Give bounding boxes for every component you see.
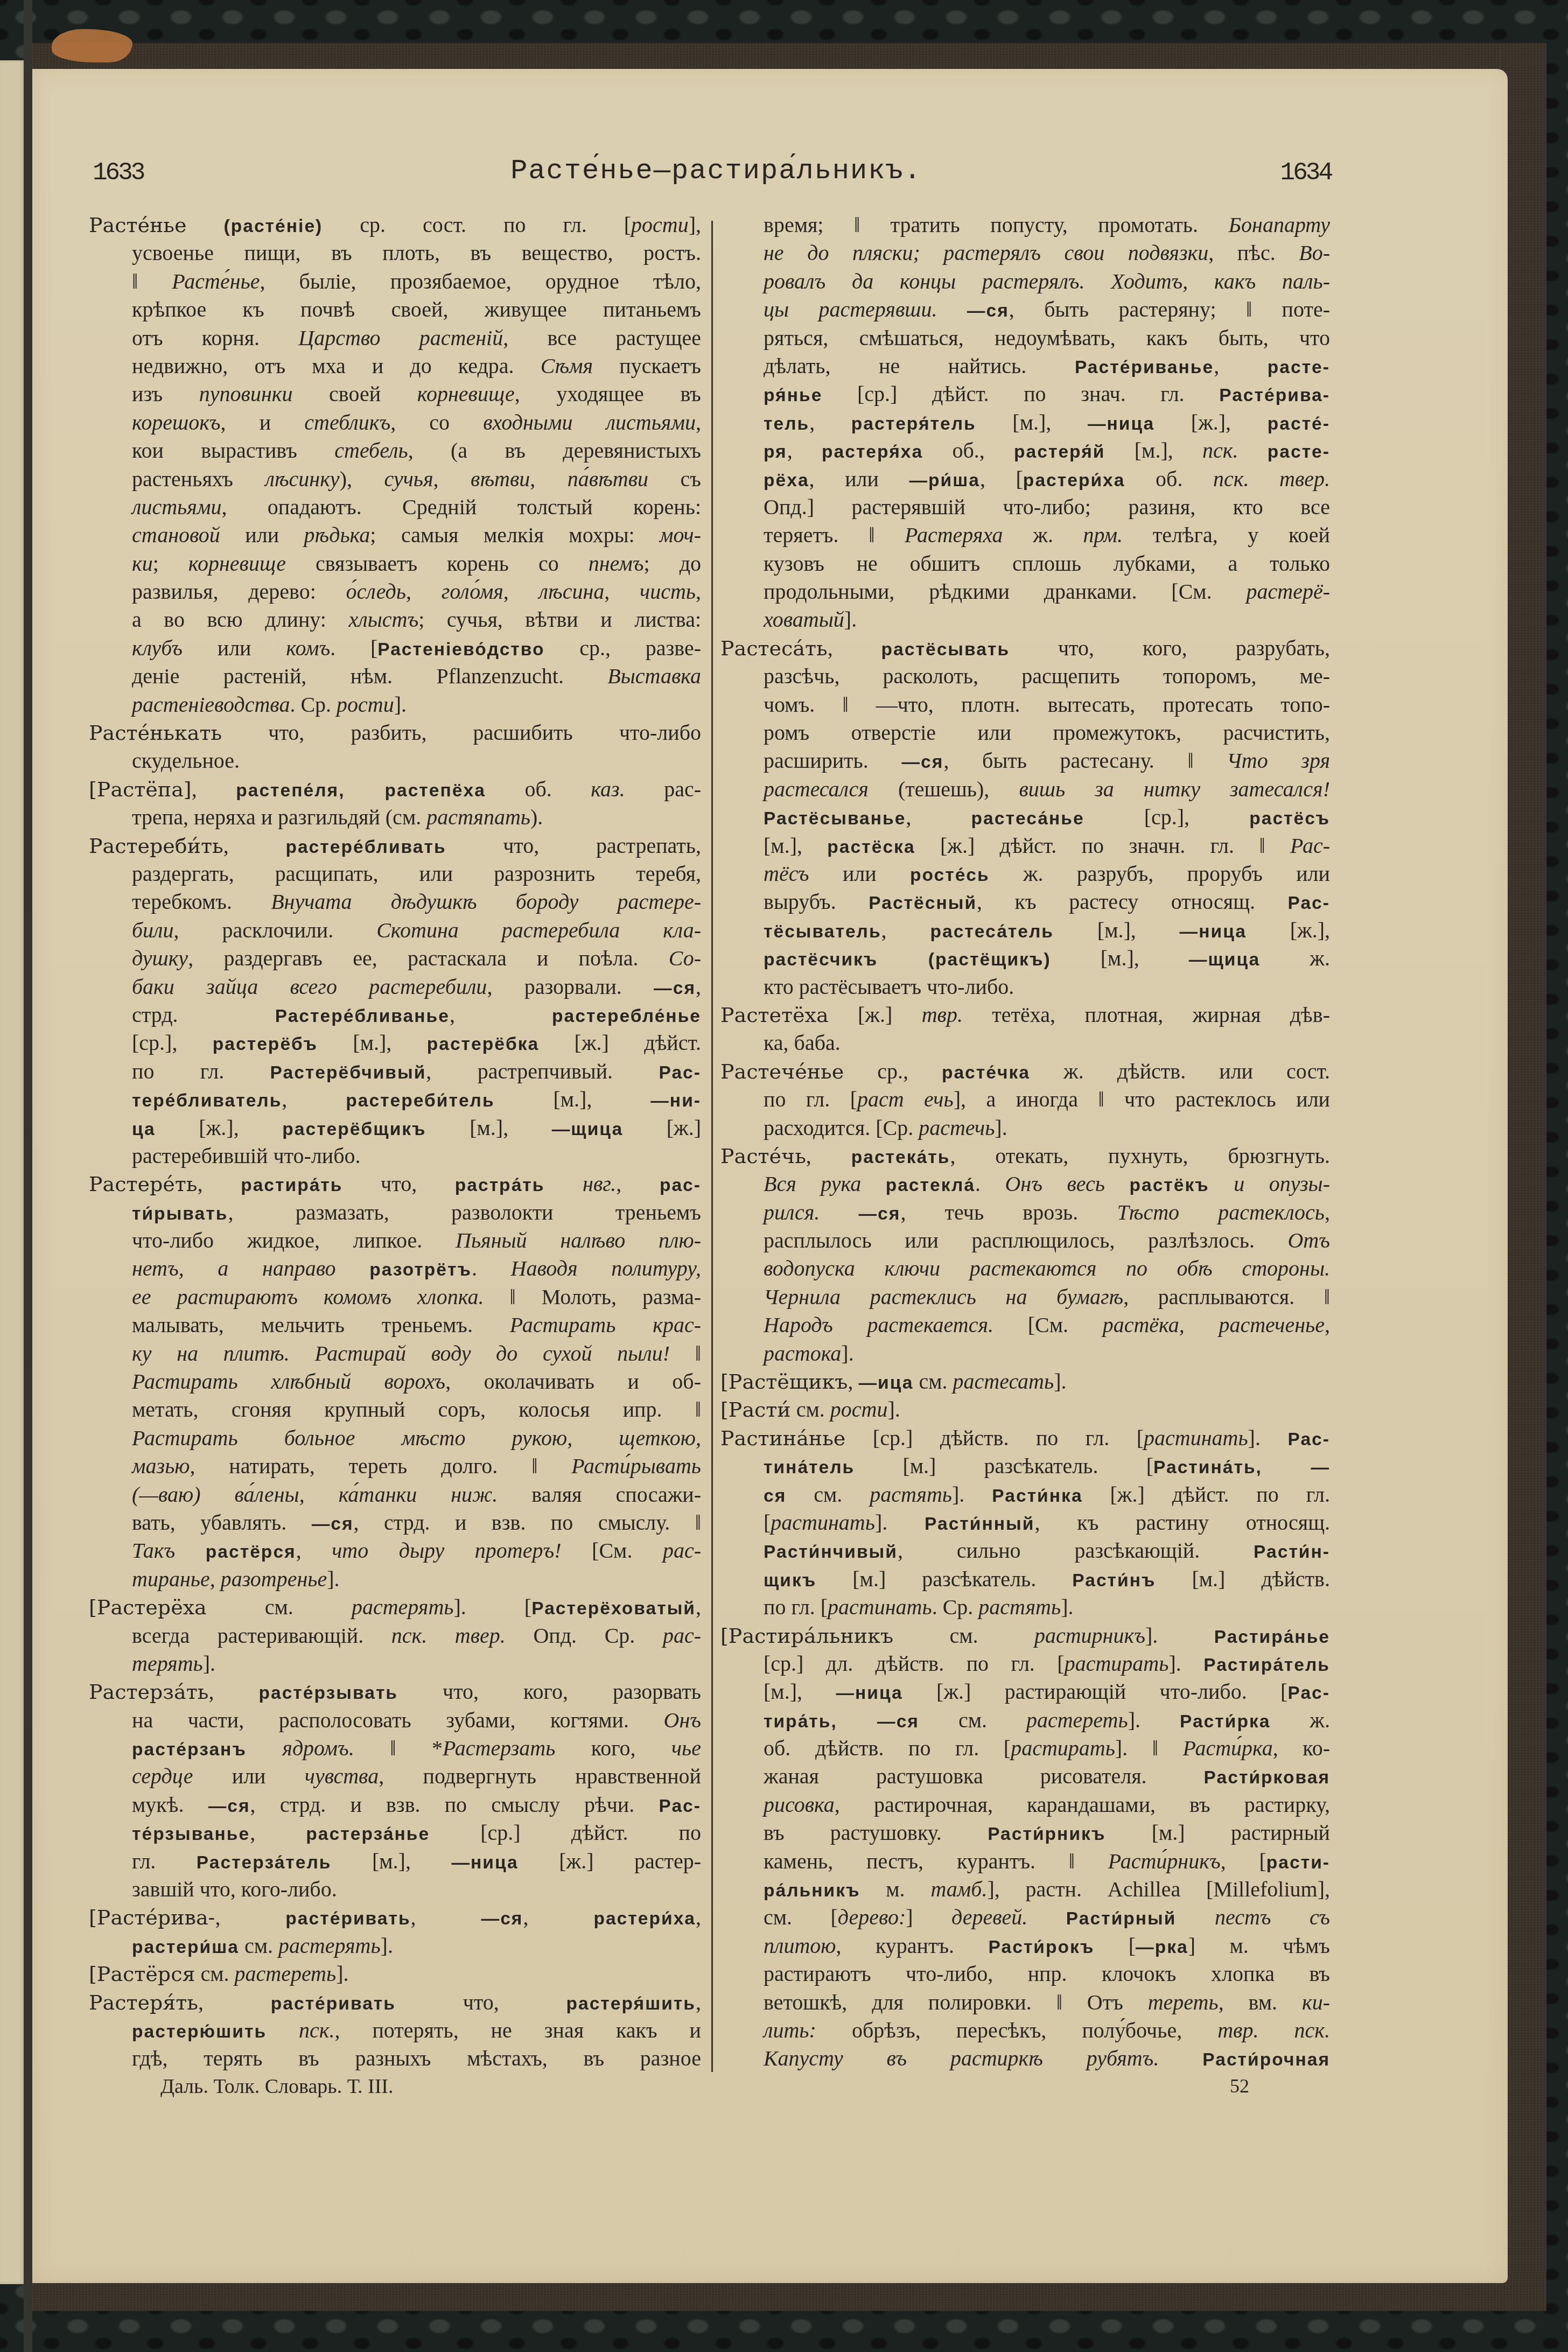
text-line: [м.], —ница [ж.] растирающій что-либо. […: [720, 1678, 1330, 1706]
text-line: клубъ или комъ. [Растеніево́дство ср., р…: [89, 634, 701, 662]
bold-term: растекла́: [886, 1175, 975, 1195]
text-run: ].: [844, 607, 857, 632]
entry-first-line: Растече́нье ср., расте́чка ж. дѣйств. ил…: [720, 1058, 1330, 1086]
italic-text: Растерзать: [443, 1736, 555, 1760]
headword: Растеря́ть: [89, 1991, 198, 2014]
bold-term: —ся: [654, 978, 696, 998]
bold-term: Расте́рива-: [1219, 386, 1330, 405]
text-line: а во всю длину: хлыстъ; сучья, вѣтви и л…: [89, 606, 701, 634]
italic-text: били: [132, 918, 174, 942]
italic-text: растерять: [278, 1934, 381, 1958]
text-run: кои вырастивъ: [132, 438, 334, 463]
text-run: ].: [952, 1482, 992, 1507]
italic-text: растирникъ: [1034, 1623, 1145, 1648]
text-line: трепа, неряха и разгильдяй (см. растяпат…: [89, 803, 701, 831]
text-run: .: [472, 1256, 511, 1280]
page-stack-edge: [0, 60, 25, 2284]
bold-term: Расти́рокъ: [989, 1937, 1095, 1957]
text-line: ти́рывать, размазать, разволокти треньем…: [89, 1199, 701, 1227]
text-run: [ж.],: [1247, 918, 1330, 942]
text-run: ]: [906, 1905, 951, 1929]
italic-text: Такъ: [132, 1538, 175, 1563]
bold-term: расте́ривать: [271, 1994, 396, 2014]
italic-text: баки зайца всего растеребили: [132, 975, 487, 999]
bold-term: растёсъ: [1249, 809, 1330, 829]
text-run: об. дѣйств. по гл. [: [764, 1736, 1011, 1760]
text-line: ки; корневище связываетъ корень со пнемъ…: [89, 550, 701, 578]
text-line: ку на плитѣ. Растирай воду до сухой пыли…: [89, 1340, 701, 1368]
bold-term: Рас-: [1287, 1683, 1330, 1703]
italic-text: Что зря: [1227, 748, 1330, 773]
italic-text: Растеряха: [905, 523, 1003, 547]
bold-term: расте-: [1268, 358, 1330, 377]
text-run: [ж.] растирающій что-либо. [: [903, 1679, 1288, 1704]
text-line: кто растёсываетъ что-либо.: [720, 973, 1330, 1001]
text-run: изъ: [132, 382, 199, 406]
italic-text: пск.: [1202, 438, 1238, 463]
text-line: терять].: [89, 1650, 701, 1678]
text-line: растеньяхъ лѣсинку), сучья, вѣтви, па́вѣ…: [89, 465, 701, 493]
text-run: ,: [696, 975, 701, 999]
italic-text: Бонапарту: [1228, 213, 1330, 237]
italic-text: входными листьями: [483, 410, 696, 435]
text-run: малывать, мельчить треньемъ.: [132, 1313, 510, 1337]
text-run: , подвергнуть нравственной: [379, 1764, 701, 1788]
italic-text: рости: [631, 213, 689, 237]
italic-text: Расти́рникъ: [1108, 1849, 1221, 1873]
text-run: , къ растину относящ.: [1034, 1510, 1330, 1535]
text-line: Народъ растекается. [См. растёка, растеч…: [720, 1311, 1330, 1339]
text-run: чомъ. ‖ —что, плотн. вытесать, протесать…: [764, 692, 1330, 717]
text-run: завшій что, кого-либо.: [132, 1877, 337, 1901]
bold-term: расте́-: [1268, 414, 1330, 434]
italic-text: рѣдька: [304, 523, 370, 547]
italic-text: корневище: [188, 551, 286, 576]
text-line: метать, сгоняя крупный соръ, колосья ипр…: [89, 1396, 701, 1424]
bold-term: —щица: [552, 1119, 623, 1139]
text-run: об.: [1125, 467, 1213, 491]
italic-text: Расти́рывать: [571, 1454, 701, 1478]
text-run: , растрепчивый.: [426, 1059, 659, 1083]
headword: [Растерёха: [89, 1595, 207, 1619]
text-run: ,: [806, 1144, 851, 1168]
text-line: не до пляски; растерялъ свои подвязки, п…: [720, 239, 1330, 267]
bold-term: растере́бливать: [285, 837, 446, 857]
text-line: по гл. Растерёбчивый, растрепчивый. Рас-: [89, 1058, 701, 1086]
text-run: м.: [860, 1877, 931, 1901]
italic-text: Капусту въ растиркѣ рубятъ.: [764, 2046, 1159, 2070]
bold-term: растёсчикъ (растёщикъ): [764, 950, 1051, 970]
text-run: [ср.],: [1084, 805, 1250, 829]
text-run: [417, 1482, 451, 1507]
text-run: ].: [1128, 1708, 1180, 1732]
italic-text: Расти́рка: [1182, 1736, 1272, 1760]
text-line: тёсъ или росте́сь ж. разрубъ, прорубъ ил…: [720, 860, 1330, 888]
text-run: ж.: [1260, 946, 1330, 970]
italic-text: корешокъ: [132, 410, 221, 435]
italic-text: плитою: [764, 1934, 836, 1958]
text-run: расширить.: [764, 748, 901, 773]
text-run: [ж.] дѣйст. по значн. гл. ‖: [915, 834, 1290, 858]
italic-text: рости: [337, 692, 394, 717]
text-line: разсѣчь, расколоть, расщепить топоромъ, …: [720, 662, 1330, 690]
italic-text: вишь за нитку затесался!: [1019, 777, 1330, 801]
text-run: стрд.: [132, 1003, 275, 1027]
bold-term: растерёбщикъ: [282, 1119, 426, 1139]
text-run: , стрд. и взв. по смыслу. ‖: [354, 1510, 701, 1535]
text-run: [ср.] дѣйств. по гл. [: [845, 1426, 1144, 1450]
text-run: [м.],: [426, 1116, 552, 1140]
text-line: расходится. [Ср. растечь].: [720, 1114, 1330, 1142]
bold-term: Расти́нъ: [1072, 1571, 1156, 1591]
text-run: , расклочили.: [174, 918, 377, 942]
text-run: ,: [250, 1821, 306, 1845]
running-title: Расте́нье—растира́льникъ.: [447, 157, 985, 185]
italic-text: Растирать больное мѣсто рукою, щеткою,: [132, 1426, 701, 1450]
entry-first-line: Растетёха [ж.] твр. тетёха, плотная, жир…: [720, 1001, 1330, 1029]
text-run: или: [183, 636, 286, 660]
text-run: см.: [791, 1397, 830, 1422]
text-run: [м.],: [1105, 438, 1202, 463]
headword: Растече́нье: [720, 1060, 844, 1083]
text-line: Чернила растеклись на бумагѣ, расплывают…: [720, 1283, 1330, 1311]
text-line: въ растушовку. Расти́рникъ [м.] растирны…: [720, 1819, 1330, 1847]
text-run: [: [764, 1510, 771, 1535]
entry-first-line: [Расти́ см. рости].: [720, 1396, 1330, 1424]
sheet-number: 52: [1230, 2076, 1249, 2096]
text-line: малывать, мельчить треньемъ. Растирать к…: [89, 1311, 701, 1339]
text-line: Капусту въ растиркѣ рубятъ. Расти́рочная: [720, 2045, 1330, 2073]
text-run: ,: [503, 579, 539, 604]
text-run: , вм.: [1219, 1990, 1302, 2014]
text-line: мазью, натирать, тереть долго. ‖ Расти́р…: [89, 1452, 701, 1480]
entry-first-line: [Растерёха см. растерять]. [Растерёховат…: [89, 1593, 701, 1621]
italic-text: тёсъ: [764, 862, 809, 886]
bold-term: растепе́ля, растепёха: [236, 781, 486, 801]
text-line: расплылось или расплющилось, разлѣзлось.…: [720, 1227, 1330, 1255]
italic-text: ку на плитѣ. Растирай воду до сухой пыли…: [132, 1341, 670, 1366]
text-run: продольными, рѣдкими дранками. [См.: [764, 579, 1247, 604]
text-run: связываетъ корень со: [286, 551, 589, 576]
text-run: мукѣ.: [132, 1793, 208, 1817]
text-run: трепа, неряха и разгильдяй (см.: [132, 805, 426, 829]
text-run: ], растн. Achillea [Millefolium],: [987, 1877, 1330, 1901]
italic-text: тамб.: [930, 1877, 987, 1901]
text-line: ромъ отверстіе или промежутокъ, расчисти…: [720, 719, 1330, 747]
italic-text: ровалъ да концы растерялъ. Ходитъ, какъ …: [764, 269, 1330, 293]
text-run: ].: [1054, 1369, 1066, 1394]
italic-text: растерё-: [1247, 579, 1330, 604]
text-line: растесался (тешешь), вишь за нитку затес…: [720, 775, 1330, 803]
bold-term: Расти́н-: [1254, 1542, 1330, 1562]
italic-text: Сѣмя: [541, 354, 593, 378]
bold-term: растерза́нье: [306, 1824, 430, 1844]
text-run: ж. дѣйств. или сост.: [1030, 1059, 1330, 1083]
text-line: раздергать, расщипать, или разрознить те…: [89, 860, 701, 888]
page-number-right: 1634: [1265, 160, 1331, 185]
bold-term: растеря́шить: [566, 1994, 696, 2014]
text-run: усвоенье пищи, въ плоть, въ вещество, ро…: [132, 241, 701, 265]
entry-first-line: Растина́нье [ср.] дѣйств. по гл. [растин…: [720, 1424, 1330, 1452]
headword: Растерза́ть: [89, 1680, 208, 1704]
entry-first-line: Растерза́ть, расте́рзывать что, кого, ра…: [89, 1678, 701, 1706]
text-run: [937, 297, 967, 321]
bold-term: Растёсный: [869, 893, 977, 913]
text-run: , все растущее: [503, 326, 701, 350]
bold-term: расте́рзывать: [258, 1683, 398, 1703]
text-run: [См.: [562, 1538, 663, 1563]
text-line: [ср.], растерёбъ [м.], растерёбка [ж.] д…: [89, 1029, 701, 1057]
text-line: душку, раздергавъ ее, растаскала и поѣла…: [89, 944, 701, 972]
text-run: ].: [841, 1341, 853, 1366]
text-run: [ср.] дл. дѣйств. по гл. [: [764, 1651, 1065, 1676]
text-run: , течь врозь.: [900, 1200, 1117, 1224]
text-run: камень, пестъ, курантъ. ‖: [764, 1849, 1108, 1873]
text-run: теребкомъ.: [132, 890, 271, 914]
bold-term: Расте́риванье: [1075, 358, 1214, 377]
bold-term: тере́бливатель: [132, 1091, 282, 1111]
text-run: . Ср.: [932, 1595, 979, 1619]
text-run: въ растушовку.: [764, 1821, 988, 1845]
italic-text: мазью: [132, 1454, 190, 1478]
text-run: что,: [396, 1990, 566, 2014]
text-line: на части, располосовать зубами, когтями.…: [89, 1706, 701, 1734]
bold-term: —ся: [208, 1796, 250, 1816]
text-run: метать, сгоняя крупный соръ, колосья ипр…: [132, 1397, 701, 1422]
italic-text: раст ечь: [857, 1087, 954, 1111]
text-line: что-либо жидкое, липкое. Пьяный налѣво п…: [89, 1227, 701, 1255]
italic-text: Тѣсто растеклось: [1117, 1200, 1325, 1224]
text-run: , быть растеряну; ‖ поте-: [1009, 297, 1330, 321]
text-line: всегда растеривающій. пск. твер. Опд. Ср…: [89, 1622, 701, 1650]
text-run: растеребившій что-либо.: [132, 1144, 361, 1168]
text-run: или: [220, 523, 304, 547]
italic-text: растёка, растеченье: [1103, 1313, 1325, 1337]
text-run: ,: [696, 1905, 701, 1929]
text-run: , натирать, тереть долго. ‖: [190, 1454, 572, 1478]
italic-text: пск. твер.: [1213, 467, 1330, 491]
bold-term: Рас-: [1287, 893, 1330, 913]
italic-text: рас-: [663, 1623, 701, 1648]
text-line: тёсыватель, растеса́тель [м.], —ница [ж.…: [720, 916, 1330, 944]
text-line: деніе растеній, нѣм. Pflanzenzucht. Выст…: [89, 662, 701, 690]
text-line: стрд. Растере́бливанье, растеребле́нье: [89, 1001, 701, 1029]
italic-text: ниж.: [451, 1482, 498, 1507]
bold-term: рёха: [764, 471, 809, 491]
text-run: ,: [208, 1679, 258, 1704]
text-run: , сильно разсѣкающій.: [898, 1538, 1254, 1563]
text-run: [ср.] дѣйст. по: [430, 1821, 701, 1845]
bold-term: Растина́ть, —: [1153, 1458, 1330, 1478]
text-run: ср.,: [844, 1059, 942, 1083]
text-line: отъ корня. Царство растеній, все растуще…: [89, 324, 701, 352]
text-run: см.: [786, 1482, 870, 1507]
text-run: ,: [433, 467, 471, 491]
text-run: . [: [330, 636, 377, 660]
bold-term: растеса́нье: [971, 809, 1084, 829]
headword: [Растёщикъ: [720, 1370, 848, 1394]
italic-text: лѣсина: [539, 579, 605, 604]
bold-term: растерю́шить: [132, 2022, 267, 2042]
text-line: Расти́нчивый, сильно разсѣкающій. Расти́…: [720, 1537, 1330, 1565]
text-run: ].: [995, 1116, 1007, 1140]
text-line: ра́льникъ м. тамб.], растн. Achillea [Mi…: [720, 1875, 1330, 1903]
italic-text: ховатый: [764, 607, 844, 632]
bold-term: щикъ: [764, 1571, 816, 1591]
text-line: ее растираютъ комомъ хлопка. ‖ Молоть, р…: [89, 1283, 701, 1311]
text-run: см.: [207, 1595, 352, 1619]
text-run: ,: [198, 1990, 271, 2014]
italic-text: терять: [132, 1651, 203, 1676]
gutter-line: [24, 0, 32, 2352]
italic-text: пнемъ: [589, 551, 644, 576]
italic-text: тиранье, разотренье: [132, 1567, 327, 1591]
text-run: [м.],: [1051, 946, 1189, 970]
text-line: ровалъ да концы растерялъ. Ходитъ, какъ …: [720, 268, 1330, 296]
italic-text: стебель: [334, 438, 408, 463]
text-run: [См.: [993, 1313, 1103, 1337]
text-run: , курантъ.: [836, 1934, 989, 1958]
text-line: см. [дерево:] деревей. Расти́рный пестъ …: [720, 1903, 1330, 1931]
text-line: ‖ Расте́нье, быліе, прозябаемое, орудное…: [89, 268, 701, 296]
bold-term: растери́ха: [1023, 471, 1125, 491]
text-run: [175, 1538, 206, 1563]
italic-text: растинать: [1144, 1426, 1248, 1450]
bold-term: ца: [132, 1119, 156, 1139]
headword: [Растира́льникъ: [720, 1624, 893, 1648]
bold-term: растерёбка: [427, 1034, 540, 1054]
text-run: на части, располосовать зубами, когтями.: [132, 1708, 664, 1732]
column-right: время; ‖ тратить попусту, промотать. Бон…: [720, 211, 1330, 2073]
text-run: ].: [203, 1651, 215, 1676]
bold-term: растери́ха: [593, 1909, 696, 1929]
text-line: теряетъ. ‖ Растеряха ж. прм. телѣга, у к…: [720, 521, 1330, 549]
text-run: ,: [192, 777, 236, 801]
text-run: об.: [486, 777, 591, 801]
italic-text: о́следь: [346, 579, 406, 604]
text-line: ховатый].: [720, 606, 1330, 634]
bold-term: Рас-: [659, 1796, 701, 1816]
text-run: ,: [696, 579, 701, 604]
bold-term: растеребле́нье: [552, 1006, 701, 1026]
bold-term: Расти́нка: [992, 1486, 1082, 1506]
text-run: ].: [327, 1567, 339, 1591]
text-line: расте́рзанъ ядромъ. ‖ *Растерзать кого, …: [89, 1734, 701, 1762]
text-line: тиранье, разотренье].: [89, 1565, 701, 1593]
headword: Растере́ть: [89, 1172, 198, 1196]
bold-term: (расте́ніе): [224, 216, 323, 236]
italic-text: растока: [764, 1341, 841, 1366]
text-run: ].: [1061, 1595, 1073, 1619]
text-line: плитою, курантъ. Расти́рокъ [—рка] м. чѣ…: [720, 1932, 1330, 1960]
text-line: ветошкѣ, для полировки. ‖ Отъ тереть, вм…: [720, 1989, 1330, 2017]
text-run: [м.],: [318, 1031, 427, 1055]
italic-text: чисть: [640, 579, 696, 604]
text-run: или: [809, 862, 910, 886]
text-line: кои вырастивъ стебель, (а въ деревянисты…: [89, 437, 701, 465]
entry-first-line: Расте́нье (расте́ніе) ср. сост. по гл. […: [89, 211, 701, 239]
text-line: ря, растеря́ха об., растеря́й [м.], пск.…: [720, 437, 1330, 465]
bold-term: —ни-: [650, 1091, 701, 1111]
text-run: расплылось или расплющилось, разлѣзлось.: [764, 1228, 1287, 1252]
italic-text: Отъ: [1287, 1228, 1330, 1252]
text-run: [187, 213, 224, 237]
text-run: ).: [530, 805, 543, 829]
text-run: [м.] разсѣкатель.: [816, 1567, 1072, 1591]
text-run: гл.: [132, 1849, 197, 1873]
text-run: ; самыя мелкія мохры:: [370, 523, 660, 547]
italic-text: растесался: [764, 777, 869, 801]
text-line: гдѣ, терять въ разныхъ мѣстахъ, въ разно…: [89, 2045, 701, 2073]
italic-text: Растирать крас-: [510, 1313, 701, 1337]
text-run: обрѣзъ, пересѣкъ, полу́бочье,: [816, 2018, 1217, 2042]
text-line: завшій что, кого-либо.: [89, 1875, 701, 1903]
bold-term: расти-: [1266, 1853, 1330, 1873]
text-run: ],: [689, 213, 701, 237]
bold-term: Расти́рный: [1066, 1909, 1177, 1929]
text-run: ряться, смѣшаться, недоумѣвать, какъ быт…: [764, 326, 1330, 350]
text-run: крѣпкое къ почвѣ своей, живущее питаньем…: [132, 297, 701, 321]
text-run: растираютъ что-либо, нпр. клочокъ хлопка…: [764, 1962, 1330, 1986]
text-run: всегда растеривающій.: [132, 1623, 391, 1648]
italic-text: растесать: [953, 1369, 1054, 1394]
text-run: а во всю длину:: [132, 607, 348, 632]
text-run: [м.],: [976, 410, 1088, 435]
bold-term: растеря́й: [1014, 442, 1105, 462]
text-run: [ж.]: [623, 1116, 701, 1140]
bold-term: расте́чка: [942, 1063, 1030, 1083]
italic-text: ки-: [1302, 1990, 1330, 2014]
bold-term: Растеніево́дство: [377, 640, 544, 660]
text-line: тира́ть, —ся см. растереть]. Расти́рка ж…: [720, 1706, 1330, 1734]
text-run: .: [975, 1172, 1005, 1196]
text-line: ся см. растять]. Расти́нка [ж.] дѣйст. п…: [720, 1481, 1330, 1509]
headword: Растина́нье: [720, 1426, 845, 1450]
text-run: [ж.]: [829, 1003, 922, 1027]
italic-text: Чернила растеклись на бумагѣ: [764, 1285, 1123, 1309]
text-line: цы растерявши. —ся, быть растеряну; ‖ по…: [720, 296, 1330, 324]
text-run: ,: [848, 1369, 858, 1394]
bold-term: Растерёбчивый: [270, 1063, 426, 1083]
text-run: ].: [1145, 1623, 1214, 1648]
text-run: , быть растесану. ‖: [943, 748, 1227, 773]
text-run: ,: [787, 438, 822, 463]
headword: Растереби́ть: [89, 834, 223, 858]
page-number-left: 1633: [93, 160, 143, 185]
text-run: деніе растеній, нѣм. Pflanzenzucht.: [132, 664, 607, 688]
text-run: вырубъ.: [764, 890, 869, 914]
binding-tear: [52, 29, 132, 62]
text-run: ,: [906, 805, 971, 829]
text-run: см. [: [764, 1905, 838, 1929]
text-run: Опд. Ср.: [506, 1623, 663, 1648]
bold-term: растеря́тель: [851, 414, 976, 434]
text-line: недвижно, отъ мха и до кедра. Сѣмя пуска…: [89, 352, 701, 380]
text-run: кто растёсываетъ что-либо.: [764, 975, 1014, 999]
text-line: Растёсыванье, растеса́нье [ср.], растёсъ: [720, 803, 1330, 831]
italic-text: пестъ съ: [1215, 1905, 1330, 1929]
text-run: ,: [696, 1595, 701, 1619]
text-line: нетъ, а направо разотрётъ. Наводя политу…: [89, 1255, 701, 1283]
text-line: теребкомъ. Внучата дѣдушкѣ бороду растер…: [89, 888, 701, 916]
italic-text: растерять: [352, 1595, 454, 1619]
text-run: , со: [390, 410, 483, 435]
text-run: [ср.] дѣйст. по знач. гл.: [822, 382, 1219, 406]
italic-text: растереть: [235, 1962, 337, 1986]
bold-term: растира́ть: [241, 1175, 342, 1195]
text-run: , растирочная, карандашами, въ растирку,: [835, 1793, 1330, 1817]
text-line: жаная растушовка рисователя. Расти́ркова…: [720, 1762, 1330, 1790]
